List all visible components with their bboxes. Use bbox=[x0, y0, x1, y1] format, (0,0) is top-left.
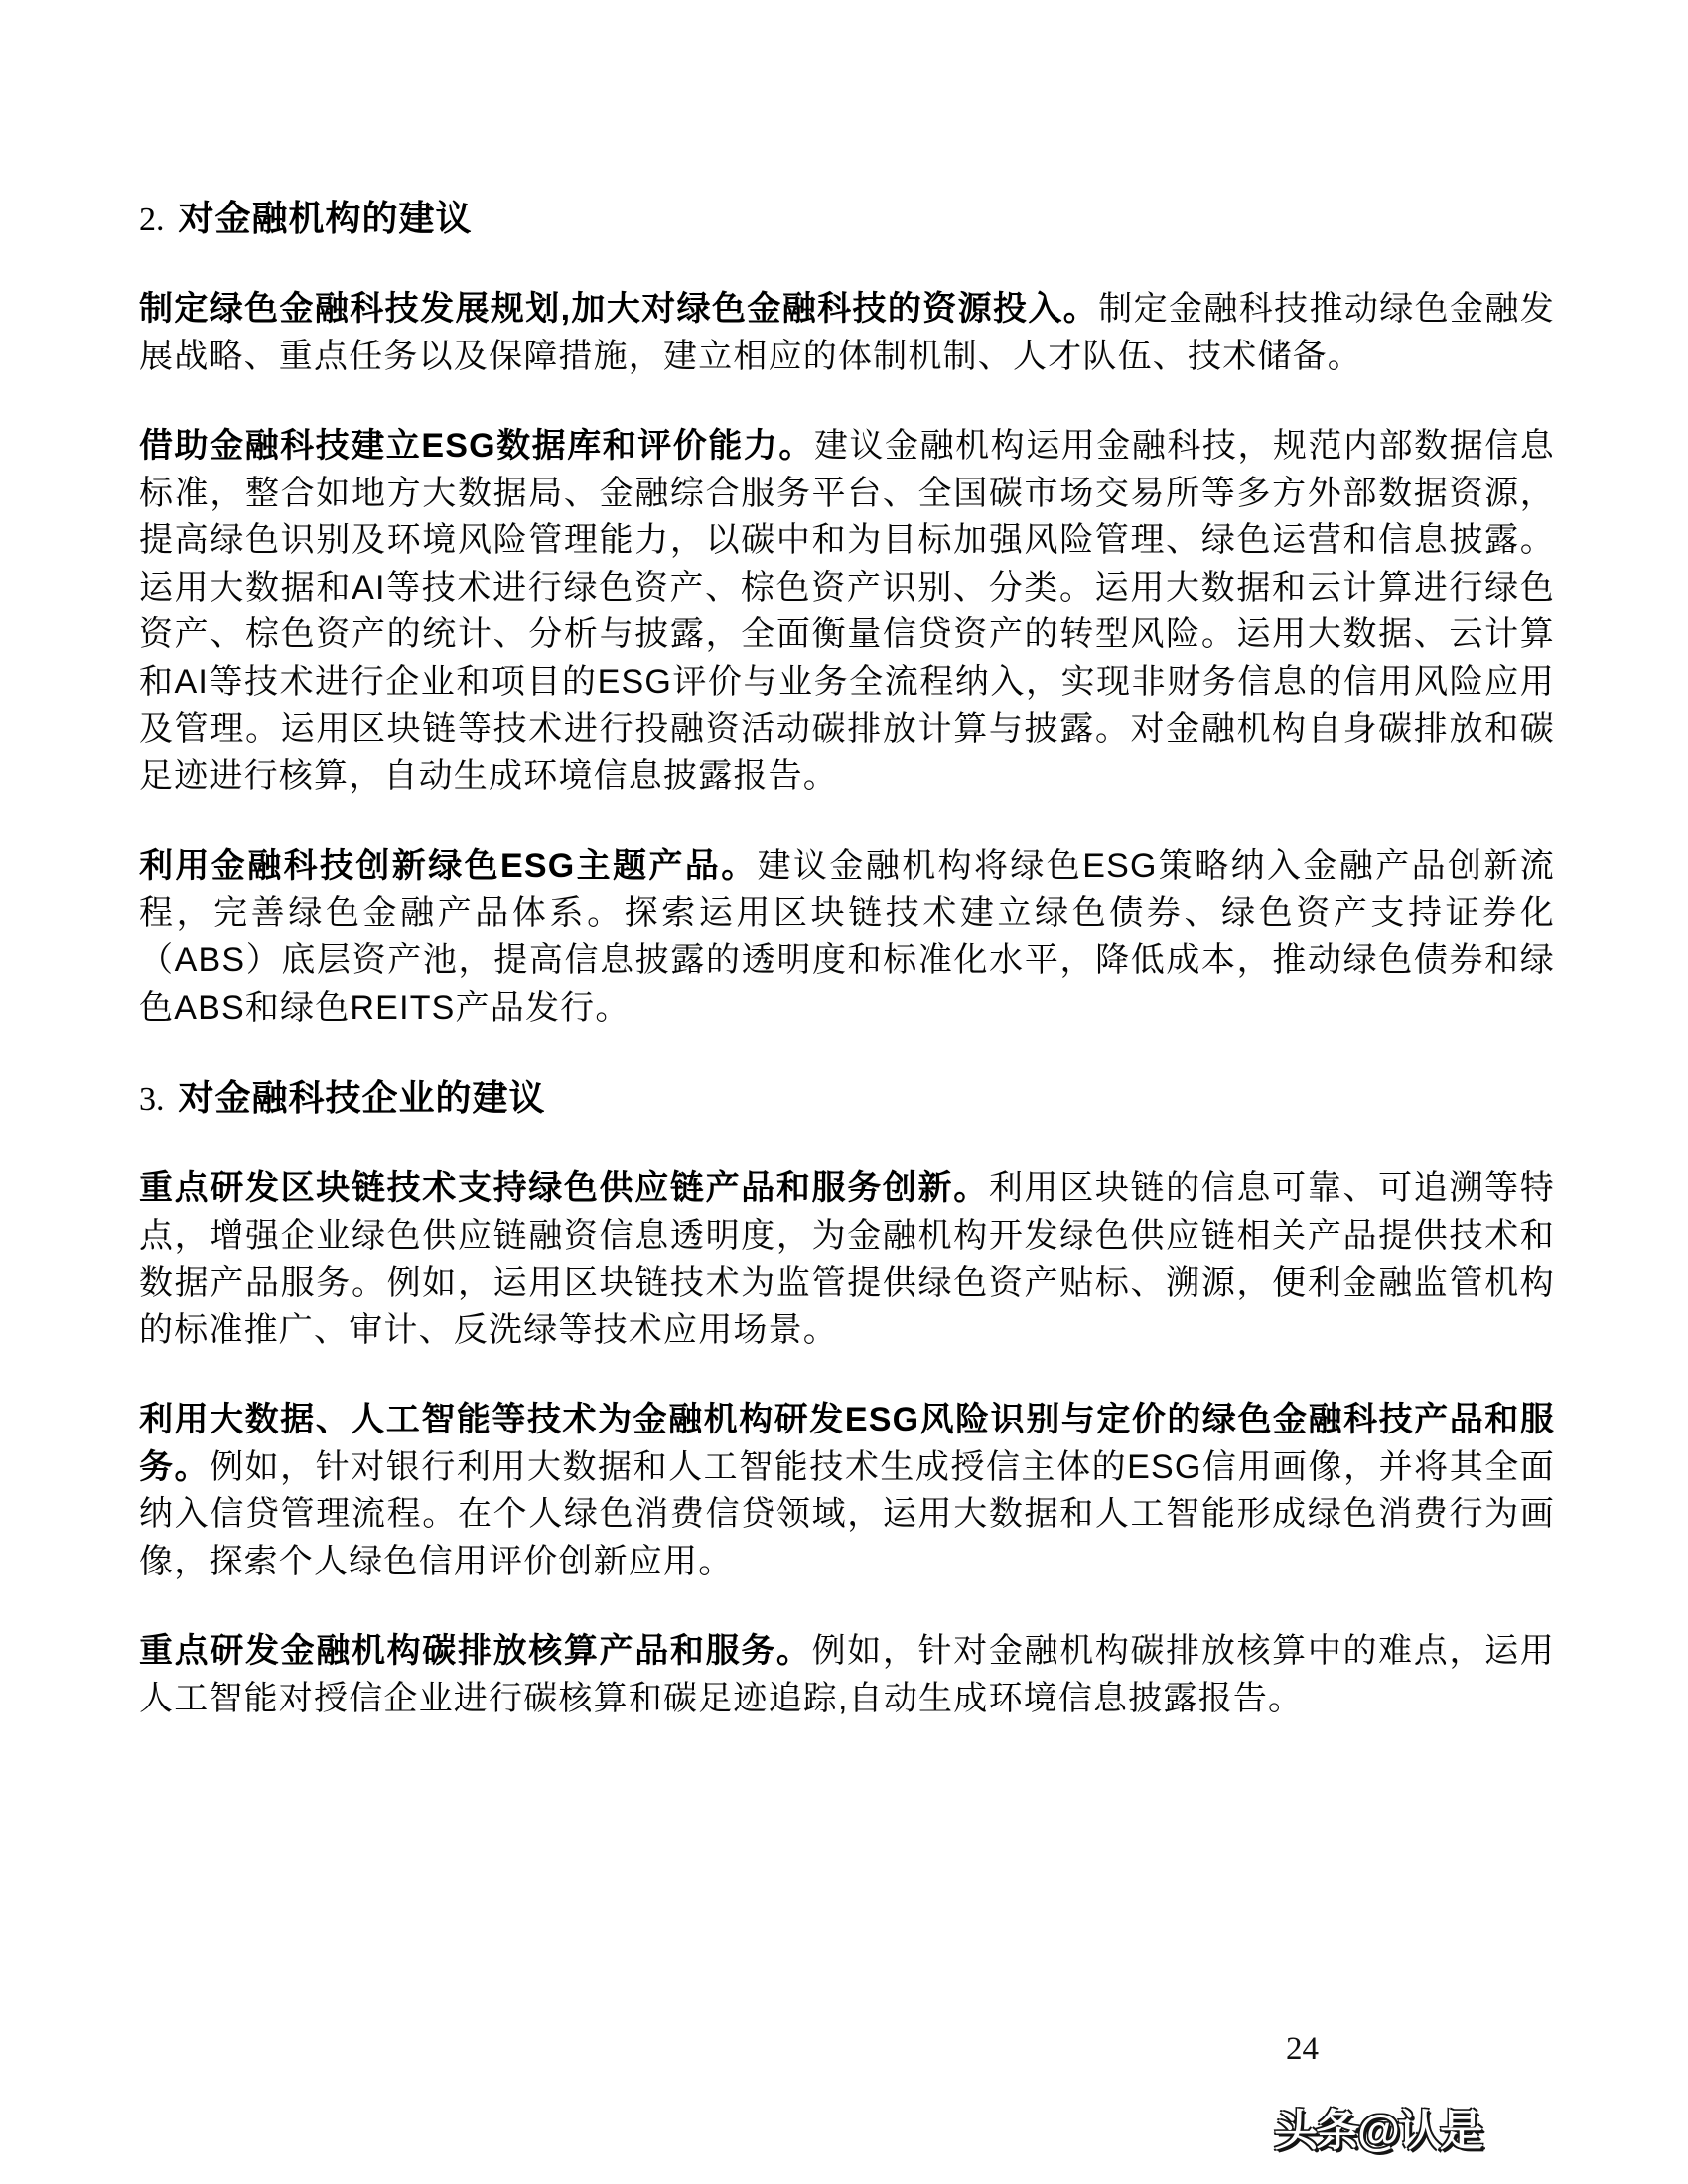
section-heading-financial-institutions: 2.对金融机构的建议 bbox=[139, 195, 1555, 243]
section-title: 对金融机构的建议 bbox=[179, 198, 473, 238]
document-page: 2.对金融机构的建议 制定绿色金融科技发展规划,加大对绿色金融科技的资源投入。制… bbox=[0, 0, 1688, 2184]
section-title: 对金融科技企业的建议 bbox=[179, 1077, 546, 1118]
paragraph: 借助金融科技建立ESG数据库和评价能力。建议金融机构运用金融科技，规范内部数据信… bbox=[139, 423, 1555, 800]
section-number: 2. bbox=[139, 202, 165, 238]
page-content: 2.对金融机构的建议 制定绿色金融科技发展规划,加大对绿色金融科技的资源投入。制… bbox=[139, 195, 1555, 1765]
paragraph-body: 例如，针对银行利用大数据和人工智能技术生成授信主体的ESG信用画像，并将其全面纳… bbox=[139, 1448, 1555, 1580]
paragraph: 利用大数据、人工智能等技术为金融机构研发ESG风险识别与定价的绿色金融科技产品和… bbox=[139, 1397, 1555, 1585]
paragraph: 重点研发区块链技术支持绿色供应链产品和服务创新。利用区块链的信息可靠、可追溯等特… bbox=[139, 1165, 1555, 1354]
page-number: 24 bbox=[1286, 2031, 1319, 2068]
paragraph-body: 建议金融机构运用金融科技，规范内部数据信息标准，整合如地方大数据局、金融综合服务… bbox=[139, 427, 1555, 795]
paragraph-lead: 重点研发金融机构碳排放核算产品和服务。 bbox=[139, 1632, 812, 1670]
section-heading-fintech-companies: 3.对金融科技企业的建议 bbox=[139, 1074, 1555, 1123]
paragraph: 重点研发金融机构碳排放核算产品和服务。例如，针对金融机构碳排放核算中的难点，运用… bbox=[139, 1628, 1555, 1722]
paragraph-lead: 借助金融科技建立ESG数据库和评价能力。 bbox=[139, 427, 814, 465]
paragraph: 制定绿色金融科技发展规划,加大对绿色金融科技的资源投入。制定金融科技推动绿色金融… bbox=[139, 286, 1555, 380]
paragraph-lead: 重点研发区块链技术支持绿色供应链产品和服务创新。 bbox=[139, 1169, 989, 1207]
watermark-toutiao-renshi: 头条@认是 bbox=[1274, 2095, 1481, 2158]
section-number: 3. bbox=[139, 1081, 165, 1118]
paragraph-lead: 制定绿色金融科技发展规划,加大对绿色金融科技的资源投入。 bbox=[139, 290, 1098, 328]
paragraph: 利用金融科技创新绿色ESG主题产品。建议金融机构将绿色ESG策略纳入金融产品创新… bbox=[139, 843, 1555, 1031]
paragraph-lead: 利用金融科技创新绿色ESG主题产品。 bbox=[139, 847, 758, 885]
